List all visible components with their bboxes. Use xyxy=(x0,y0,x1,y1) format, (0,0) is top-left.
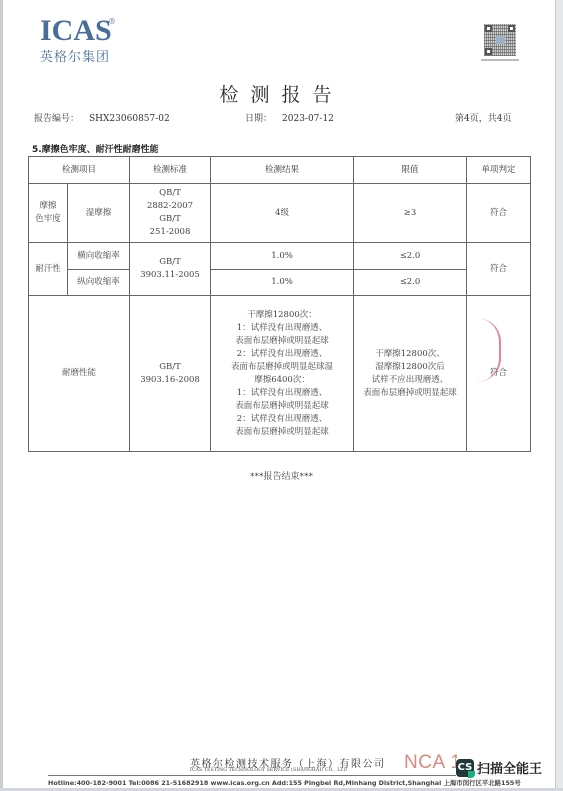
standard-line: 3903.16-2008 xyxy=(130,374,210,387)
limit-line: 湿摩擦12800次后 xyxy=(354,361,466,374)
item-cell: 耐汗性 xyxy=(29,243,68,296)
result-cell: 干摩擦12800次： 1：试样没有出现磨透、 表面布层磨掉或明显起球 2：试样没… xyxy=(211,296,354,452)
sub-item-cell: 湿摩擦 xyxy=(68,184,130,243)
result-cell: 4级 xyxy=(211,184,354,243)
standard-line: GB/T xyxy=(130,361,210,374)
standard-line: GB/T xyxy=(130,213,210,226)
result-line: 表面布层磨掉或明显起球 xyxy=(211,400,353,413)
sub-item-cell: 纵向收缩率 xyxy=(68,270,130,296)
page-title: 检测报告 xyxy=(0,80,563,107)
verdict-cell: 符合 xyxy=(467,243,531,296)
table-row: 耐汗性 横向收缩率 GB/T 3903.11-2005 1.0% ≤2.0 符合 xyxy=(29,243,531,270)
result-line: 2：试样没有出现磨透、 xyxy=(211,413,353,426)
limit-cell: ≤2.0 xyxy=(354,243,467,270)
qr-caption xyxy=(481,59,519,61)
result-line: 表面布层磨掉或明显起球湿 xyxy=(211,361,353,374)
result-line: 干摩擦12800次： xyxy=(211,309,353,322)
limit-cell: ≥3 xyxy=(354,184,467,243)
header-standard: 检测标准 xyxy=(130,157,211,184)
limit-cell: 干摩擦12800次、 湿摩擦12800次后 试样不应出现磨透、 表面布层磨掉或明… xyxy=(354,296,467,452)
report-number: 报告编号：SHX23060857-02 xyxy=(34,111,170,124)
footer-company-en: ICAS TESTING TECHNOLOGY SERVICE (SHANGHA… xyxy=(190,768,347,773)
report-number-value: SHX23060857-02 xyxy=(89,114,170,124)
result-cell: 1.0% xyxy=(211,270,354,296)
header-limit: 限值 xyxy=(354,157,467,184)
nca-code: NCA 1 xyxy=(404,752,461,774)
result-line: 表面布层磨掉或明显起球 xyxy=(211,335,353,348)
item-cell: 耐磨性能 xyxy=(29,296,130,452)
table-row: 摩擦 色牢度 湿摩擦 QB/T 2882-2007 GB/T 251-2008 … xyxy=(29,184,531,243)
page-edge-left xyxy=(0,0,3,791)
report-date: 日期：2023-07-12 xyxy=(245,111,334,124)
result-line: 1：试样没有出现磨透、 xyxy=(211,387,353,400)
company-logo: ICAS ® 英格尔集团 xyxy=(40,17,112,65)
camscanner-label: 扫描全能王 xyxy=(477,758,542,777)
standard-cell: QB/T 2882-2007 GB/T 251-2008 xyxy=(130,184,211,243)
standard-line: 251-2008 xyxy=(130,226,210,239)
standard-line: QB/T xyxy=(130,187,210,200)
results-table: 检测项目 检测标准 检测结果 限值 单项判定 摩擦 色牢度 湿摩擦 QB/T 2… xyxy=(28,156,531,452)
limit-line: 表面布层磨掉或明显起球 xyxy=(354,387,466,400)
result-line: 表面布层磨掉或明显起球 xyxy=(211,426,353,439)
footer-contact: Hotline:400-182-9001 Tel:0086 21-5168291… xyxy=(48,778,521,787)
table-row: 耐磨性能 GB/T 3903.16-2008 干摩擦12800次： 1：试样没有… xyxy=(29,296,531,452)
logo-cn: 英格尔集团 xyxy=(40,46,112,65)
qr-finder xyxy=(485,48,492,55)
report-number-label: 报告编号： xyxy=(34,114,79,124)
standard-cell: GB/T 3903.16-2008 xyxy=(130,296,211,452)
camscanner-watermark: CS 扫描全能王 xyxy=(456,758,548,777)
header-result: 检测结果 xyxy=(211,157,354,184)
header-verdict: 单项判定 xyxy=(467,157,531,184)
verdict-cell: 符合 xyxy=(467,184,531,243)
standard-line: 2882-2007 xyxy=(130,200,210,213)
camscanner-icon: CS xyxy=(456,759,474,777)
date-label: 日期： xyxy=(245,114,272,124)
limit-line: 试样不应出现磨透、 xyxy=(354,374,466,387)
result-line: 2：试样没有出现磨透、 xyxy=(211,348,353,361)
qr-finder xyxy=(485,25,492,32)
section-title: 5.摩擦色牢度、耐汗性耐磨性能 xyxy=(32,142,159,155)
header-item: 检测项目 xyxy=(29,157,130,184)
result-line: 摩擦6400次： xyxy=(211,374,353,387)
result-cell: 1.0% xyxy=(211,243,354,270)
item-line: 摩擦 xyxy=(29,200,67,213)
standard-cell: GB/T 3903.11-2005 xyxy=(130,243,211,296)
qr-finder xyxy=(508,25,515,32)
sub-item-cell: 横向收缩率 xyxy=(68,243,130,270)
result-line: 1：试样没有出现磨透、 xyxy=(211,322,353,335)
page-edge-right xyxy=(555,0,563,791)
qr-center xyxy=(496,36,505,44)
standard-line: GB/T xyxy=(130,256,210,269)
standard-line: 3903.11-2005 xyxy=(130,269,210,282)
date-value: 2023-07-12 xyxy=(282,114,334,124)
limit-line: 干摩擦12800次、 xyxy=(354,348,466,361)
page-number: 第4页，共4页 xyxy=(455,111,511,124)
table-row: 纵向收缩率 1.0% ≤2.0 xyxy=(29,270,531,296)
item-line: 色牢度 xyxy=(29,213,67,226)
item-cell: 摩擦 色牢度 xyxy=(29,184,68,243)
table-header-row: 检测项目 检测标准 检测结果 限值 单项判定 xyxy=(29,157,531,184)
logo-text: ICAS xyxy=(40,17,112,45)
limit-cell: ≤2.0 xyxy=(354,270,467,296)
end-of-report: ***报告结束*** xyxy=(0,469,563,482)
qr-code-icon xyxy=(484,24,516,56)
registered-mark: ® xyxy=(108,17,116,26)
